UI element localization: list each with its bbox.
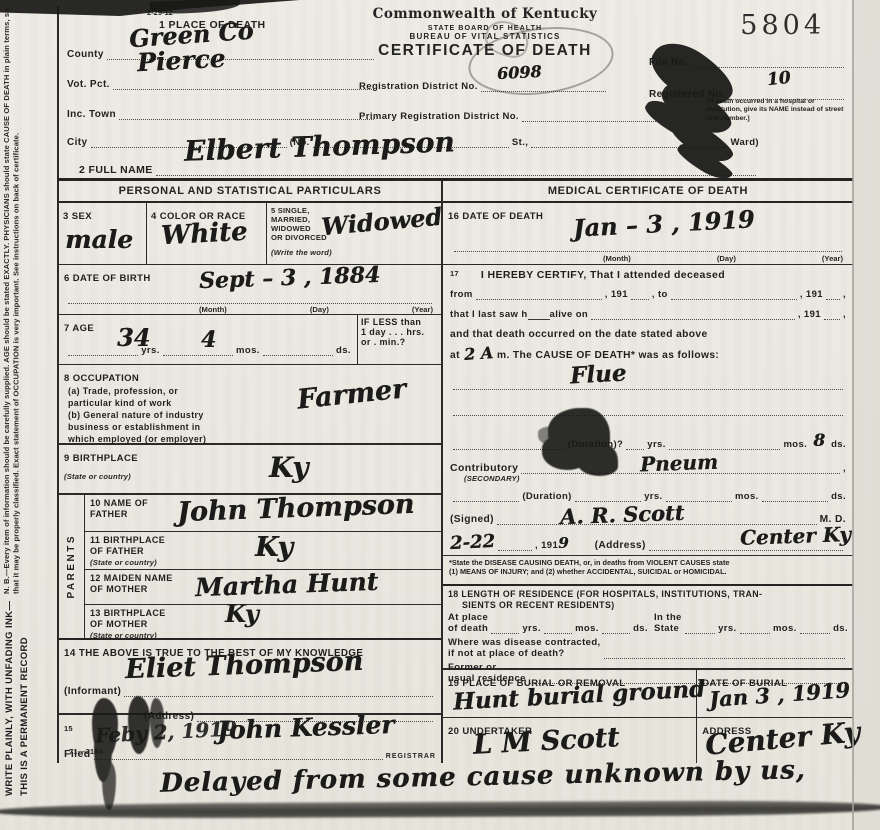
dotted-leader	[68, 290, 432, 304]
dotted-leader	[575, 493, 641, 502]
signature-year-value: 9	[558, 537, 568, 551]
duration-ds-label: ds.	[831, 491, 846, 502]
dotted-leader	[671, 292, 797, 301]
physician-address-label: (Address)	[595, 540, 646, 551]
physician-signature: A. R. Scott	[560, 504, 685, 527]
personal-particulars-column: PERSONAL AND STATISTICAL PARTICULARS 3 S…	[59, 181, 443, 763]
certificate-header: 2-29-12 1 PLACE OF DEATH County Green Co…	[59, 6, 853, 178]
dotted-leader	[498, 542, 532, 551]
signed-label: (Signed)	[450, 514, 494, 525]
year-blank-label: , 191	[535, 540, 558, 551]
mother-birthplace-value: Ky	[225, 603, 259, 625]
margin-note-small: N. B.—Every item of information should b…	[2, 4, 56, 595]
date-of-death-value: Jan – 3 , 1919	[573, 208, 756, 239]
year-blank-label: , 191	[605, 289, 628, 300]
duration-ds-label: ds.	[831, 439, 846, 450]
dotted-leader	[491, 626, 519, 634]
precinct-label: Vot. Pct.	[67, 79, 110, 90]
institution-note: [If death occurred in a hospital or inst…	[707, 98, 849, 123]
month-caption: (Month)	[199, 305, 227, 314]
dob-label: 6 DATE OF BIRTH	[64, 273, 151, 284]
occupation-label: 8 OCCUPATION	[64, 373, 139, 384]
dotted-leader	[119, 106, 374, 120]
res-mos-label: mos.	[773, 623, 797, 634]
last-saw-label: that I last saw h	[450, 309, 528, 320]
dotted-leader	[113, 76, 374, 90]
dotted-leader	[740, 626, 770, 634]
precinct-value: Pierce	[136, 48, 226, 75]
age-label: 7 AGE	[64, 323, 94, 334]
at-place-label: At placeof death	[448, 612, 488, 634]
registered-no-value: 10	[766, 71, 791, 89]
dotted-leader	[631, 292, 649, 301]
duration1-days-value: 8	[813, 434, 825, 449]
dotted-leader	[800, 626, 830, 634]
city-ward-label: Ward)	[730, 137, 759, 148]
year-blank-label: , 191	[800, 289, 823, 300]
city-st-label: St.,	[512, 137, 528, 148]
parents-label: PARENTS	[66, 534, 77, 599]
birthplace-label: 9 BIRTHPLACE	[64, 453, 138, 464]
certify-number: 17	[450, 269, 459, 278]
sex-label: 3 SEX	[63, 211, 92, 222]
scan-artifact-right-edge	[852, 0, 854, 830]
res-mos-label: mos.	[575, 623, 599, 634]
age-years-value: 34	[117, 327, 150, 349]
informant-field-label: (Informant)	[64, 686, 121, 697]
alive-on-label: alive on	[550, 309, 589, 320]
parents-tab: PARENTS	[59, 495, 85, 638]
duration2-label: (Duration)	[522, 491, 571, 502]
dotted-leader	[762, 493, 828, 502]
death-certificate-form: 2-29-12 1 PLACE OF DEATH County Green Co…	[57, 6, 853, 763]
dob-value: Sept – 3 , 1884	[199, 266, 381, 292]
comma: ,	[843, 289, 846, 300]
contributory-value: Pneum	[640, 452, 719, 473]
dotted-leader	[453, 381, 843, 390]
physician-address-value: Center Ky	[740, 525, 851, 547]
age-mos-label: mos.	[236, 345, 260, 356]
contributory-label: Contributory	[450, 462, 518, 474]
disease-contracted-label: Where was disease contracted,if not at p…	[448, 637, 601, 659]
registrar-label: REGISTRAR	[386, 753, 436, 760]
registration-district-label: Registration District No.	[359, 81, 478, 92]
dotted-leader	[602, 626, 630, 634]
year-blank-label: , 191	[798, 309, 821, 320]
dotted-leader	[476, 292, 602, 301]
certificate-number: 5804	[740, 10, 825, 41]
dotted-leader	[626, 441, 644, 450]
medical-certificate-column: MEDICAL CERTIFICATE OF DEATH 16 DATE OF …	[443, 181, 853, 763]
dotted-leader	[453, 441, 565, 450]
duration-mos-label: mos.	[783, 439, 807, 450]
margin-instructions: WRITE PLAINLY, WITH UNFADING INK—THIS IS…	[2, 4, 56, 796]
ifless-label: IF LESS than 1 day . . . hrs. or . min.?	[361, 317, 438, 347]
dotted-leader	[454, 238, 842, 252]
father-name-value: John Thompson	[177, 493, 415, 526]
race-value: White	[160, 221, 248, 249]
dotted-leader	[544, 626, 572, 634]
year-caption: (Year)	[822, 254, 843, 263]
day-caption: (Day)	[717, 254, 736, 263]
dotted-leader	[94, 746, 383, 760]
dotted-leader	[263, 342, 333, 356]
ink-blot-duration	[548, 408, 610, 460]
dotted-leader	[124, 683, 433, 697]
father-birthplace-value: Ky	[255, 536, 293, 560]
death-occurred-line: and that death occurred on the date stat…	[450, 329, 846, 340]
dotted-leader	[824, 312, 840, 321]
blank-line	[528, 312, 550, 321]
dotted-leader	[163, 342, 233, 356]
burial-date-value: Jan 3 , 1919	[709, 681, 851, 710]
mother-birthplace-label: 13 BIRTHPLACEOF MOTHER (State or country…	[90, 608, 436, 640]
year-caption: (Year)	[412, 305, 433, 314]
from-label: from	[450, 289, 473, 300]
primary-district-label: Primary Registration District No.	[359, 111, 519, 122]
cause-of-death-value: Flue	[569, 364, 626, 388]
dotted-leader	[685, 626, 715, 634]
registrar-signature: John Kessler	[217, 714, 395, 743]
margin-note-bold: WRITE PLAINLY, WITH UNFADING INK—THIS IS…	[2, 597, 56, 797]
filed-number: 15	[64, 724, 73, 733]
dotted-leader	[669, 441, 781, 450]
res-yrs-label: yrs.	[522, 623, 541, 634]
marital-sublabel: (Write the word)	[271, 248, 332, 257]
in-state-label: In theState	[654, 612, 682, 634]
dotted-leader	[604, 651, 845, 659]
res-ds-label: ds.	[833, 623, 848, 634]
residence-label: 18 LENGTH OF RESIDENCE (FOR HOSPITALS, I…	[448, 589, 848, 610]
comma: ,	[843, 309, 846, 320]
time-of-death-value: 2 A	[463, 346, 493, 362]
res-ds-label: ds.	[633, 623, 648, 634]
informant-value: Eliet Thompson	[125, 650, 364, 683]
comma: ,	[843, 463, 846, 474]
dotted-leader	[453, 408, 843, 417]
date-of-death-label: 16 DATE OF DEATH	[448, 211, 543, 222]
personal-section-header: PERSONAL AND STATISTICAL PARTICULARS	[59, 181, 441, 203]
full-name-label: 2 FULL NAME	[79, 164, 153, 176]
dotted-leader	[522, 108, 656, 122]
dotted-leader	[826, 292, 840, 301]
signature-date-value: 2-22	[450, 534, 496, 553]
res-yrs-label: yrs.	[718, 623, 737, 634]
dotted-leader	[453, 493, 519, 502]
to-label: , to	[652, 289, 668, 300]
inc-town-label: Inc. Town	[67, 109, 116, 120]
full-name-value: Elbert Thompson	[184, 129, 455, 164]
duration-yrs-label: yrs.	[647, 439, 666, 450]
medical-section-header: MEDICAL CERTIFICATE OF DEATH	[443, 181, 853, 203]
certify-statement: I HEREBY CERTIFY, That I attended deceas…	[481, 269, 725, 281]
undertaker-value: L M Scott	[472, 726, 620, 758]
sex-value: male	[65, 229, 133, 252]
at-label: at	[450, 350, 460, 361]
parents-section: PARENTS 10 NAME OFFATHER John Thompson 1…	[59, 495, 441, 640]
dotted-leader	[591, 312, 795, 321]
mother-name-value: Martha Hunt	[195, 571, 379, 600]
scan-right-margin	[854, 0, 880, 830]
county-label: County	[67, 49, 104, 60]
city-label: City	[67, 137, 88, 148]
birthplace-sublabel: (State or country)	[64, 472, 131, 481]
dotted-leader	[531, 134, 727, 148]
cause-footnote: *State the DISEASE CAUSING DEATH, or, in…	[443, 556, 853, 586]
commonwealth-title: Commonwealth of Kentucky	[351, 6, 619, 22]
age-ds-label: ds.	[336, 345, 351, 356]
age-months-value: 4	[201, 331, 216, 351]
month-caption: (Month)	[603, 254, 631, 263]
duration-mos-label: mos.	[735, 491, 759, 502]
birthplace-value: Ky	[269, 455, 308, 480]
day-caption: (Day)	[310, 305, 329, 314]
